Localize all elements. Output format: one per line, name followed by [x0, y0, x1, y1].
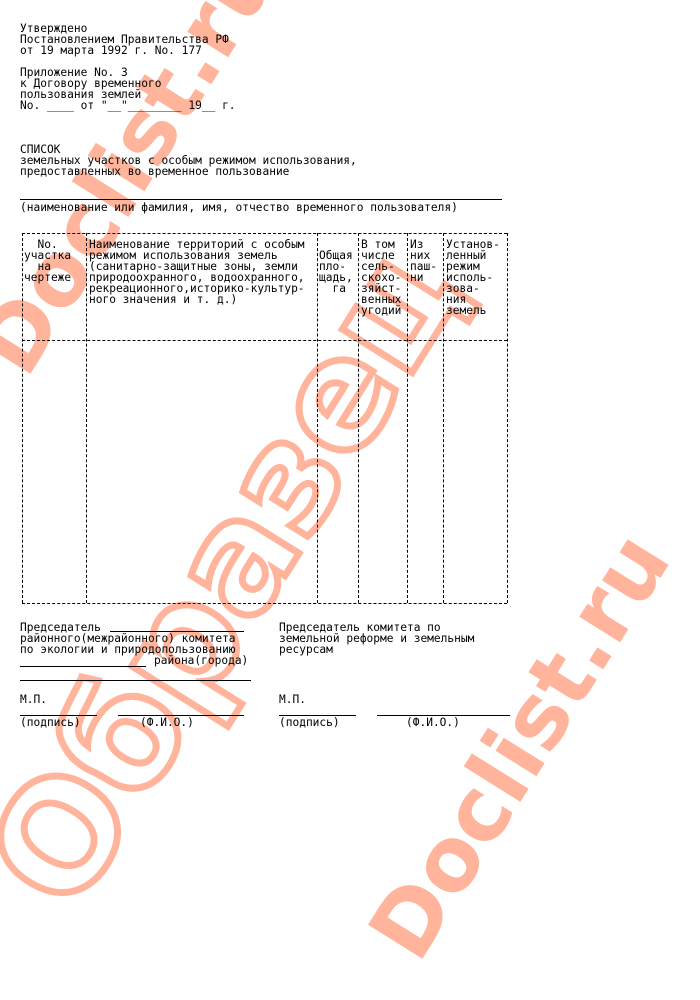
- left-stamp-label: М.П.: [20, 694, 47, 705]
- column-header-territory-name: Наименование территорий с особым режимом…: [89, 239, 305, 305]
- table-col-line-5: [443, 233, 444, 603]
- left-fio-caption: (Ф.И.О.): [140, 717, 194, 728]
- column-header-land-use-regime: Установ- ленный режим исполь- зова- ния …: [446, 239, 500, 316]
- table-top-border: [22, 233, 507, 234]
- document-subtitle-2: предоставленных во временное пользование: [20, 166, 289, 177]
- watermark-doclist-left: Doclist.ru: [0, 0, 292, 388]
- watermark-doclist-right: Doclist.ru: [355, 519, 684, 973]
- table-header-separator: [22, 340, 507, 341]
- appendix-contract-number[interactable]: No. ____ от "__"________ 19__ г.: [20, 100, 236, 111]
- column-header-plot-number: No. участка на чертеже: [24, 239, 71, 283]
- right-signature-caption: (подпись): [279, 717, 340, 728]
- right-resources-line: ресурсам: [279, 644, 333, 655]
- table-col-line-0: [22, 233, 23, 603]
- column-header-agricultural-land: В том числе сель- скохо- зяйст- венных у…: [361, 239, 401, 316]
- table-bottom-border: [22, 603, 507, 604]
- column-header-arable-land: Из них паш- ни: [410, 239, 437, 283]
- table-col-line-6: [507, 233, 508, 603]
- table-col-line-3: [358, 233, 359, 603]
- left-signature-caption: (подпись): [20, 717, 81, 728]
- watermark-obrazets: Образец: [0, 222, 485, 930]
- left-extra-line[interactable]: [20, 680, 251, 681]
- right-fio-caption: (Ф.И.О.): [406, 717, 460, 728]
- right-stamp-label: М.П.: [279, 694, 306, 705]
- left-district-field[interactable]: [20, 666, 146, 667]
- table-col-line-1: [86, 233, 87, 603]
- left-district-suffix: района(города): [154, 655, 248, 666]
- table-col-line-2: [317, 233, 318, 603]
- user-name-field[interactable]: [20, 199, 502, 200]
- column-header-total-area: Общая пло- щадь, га: [319, 239, 353, 294]
- approval-line-3: от 19 марта 1992 г. No. 177: [20, 45, 202, 56]
- table-col-line-4: [407, 233, 408, 603]
- user-name-caption: (наименование или фамилия, имя, отчество…: [20, 202, 458, 213]
